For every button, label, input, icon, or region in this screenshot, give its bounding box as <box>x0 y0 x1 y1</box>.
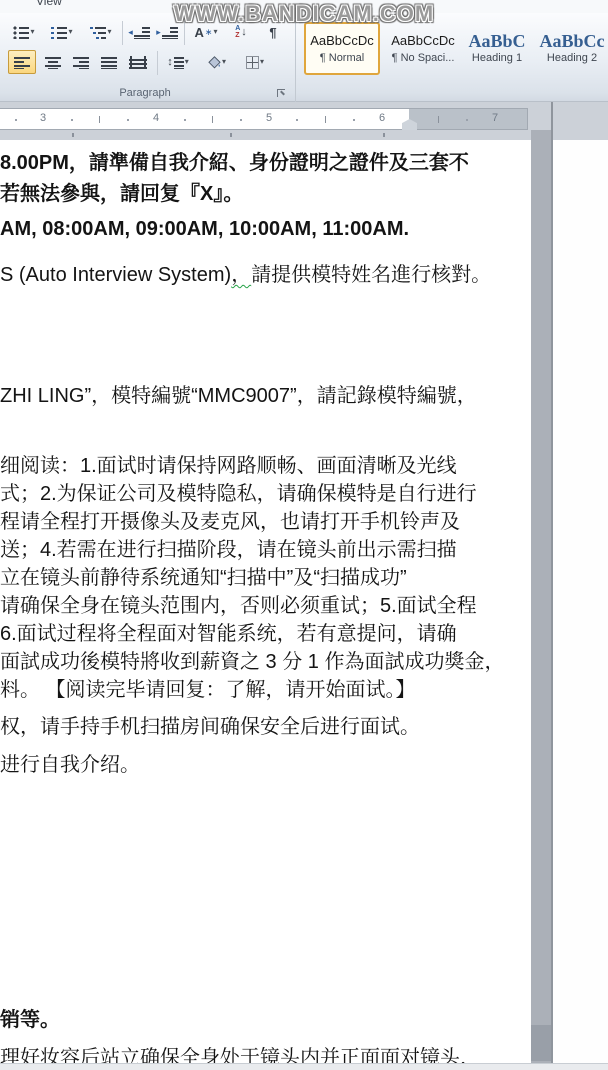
chevron-down-icon[interactable]: ▾ <box>213 28 217 36</box>
bullet-list-icon <box>13 26 29 39</box>
chevron-down-icon[interactable]: ▾ <box>30 28 34 36</box>
ruler-dot <box>71 119 73 121</box>
chevron-down-icon[interactable]: ▾ <box>68 28 72 36</box>
ruler-under-tick <box>230 133 232 137</box>
ruler-number: 7 <box>492 112 498 124</box>
chevron-down-icon[interactable]: ▾ <box>260 58 264 66</box>
ruler-margin-area <box>409 109 527 129</box>
ruler-dot <box>353 119 355 121</box>
ruler-zone: 3 4 5 6 7 <box>0 102 608 140</box>
doc-line: 式；2.为保证公司及模特隐私，请确保模特是自行进行 <box>0 477 477 506</box>
align-left-icon <box>14 56 30 69</box>
ruler-half-tick <box>212 116 213 123</box>
separator <box>157 51 158 75</box>
doc-line: 细阅读：1.面试时请保持网路顺畅、画面清晰及光线 <box>0 449 457 478</box>
justify-button[interactable] <box>95 50 122 74</box>
chevron-down-icon[interactable]: ▾ <box>107 28 111 36</box>
style-label: ¶ Normal <box>320 52 364 64</box>
sparkle-icon: ∗ <box>205 28 213 37</box>
distribute-icon <box>129 56 147 69</box>
indent-left-arrow-icon: ◂ <box>128 28 133 37</box>
doc-line: 立在镜头前静待系统通知“扫描中”及“扫描成功” <box>0 561 407 590</box>
distribute-button[interactable] <box>123 50 153 74</box>
ruler-half-tick <box>99 116 100 123</box>
ruler-dot <box>184 119 186 121</box>
multilevel-list-icon <box>90 26 106 39</box>
justify-icon <box>101 56 117 69</box>
ais-text-pre: S (Auto Interview System) <box>0 264 231 286</box>
align-right-icon <box>73 56 89 69</box>
ruler-number: 6 <box>379 112 385 124</box>
shading-button[interactable]: ▾ <box>199 50 235 74</box>
doc-line: 权，请手持手机扫描房间确保安全后进行面试。 <box>0 710 420 739</box>
line-spacing-icon <box>174 56 184 69</box>
ruler-dot <box>15 119 17 121</box>
vertical-scrollbar[interactable] <box>531 130 551 1063</box>
doc-line: 程请全程打开摄像头及麦克风，也请打开手机铃声及 <box>0 505 460 534</box>
doc-line: 8.00PM，請準備自我介紹、身份證明之證件及三套不 <box>0 146 469 175</box>
style-heading-1[interactable]: AaBbC Heading 1 <box>464 22 530 75</box>
chevron-down-icon[interactable]: ▾ <box>222 58 226 66</box>
doc-line: 面試成功後模特將收到薪資之 3 分 1 作為面試成功獎金， <box>0 645 504 674</box>
chevron-down-icon[interactable]: ▾ <box>185 58 189 66</box>
ruler-half-tick <box>325 116 326 123</box>
paint-bucket-icon <box>208 56 221 69</box>
style-label: Heading 2 <box>547 52 597 64</box>
borders-grid-icon <box>246 56 259 69</box>
bullets-button[interactable]: ▾ <box>8 20 40 44</box>
sort-az-icon: A Z <box>235 25 240 39</box>
ruler-dot <box>466 119 468 121</box>
align-center-icon <box>45 56 61 69</box>
style-preview-text: AaBbCcDc <box>391 34 455 48</box>
doc-line: 送；4.若需在进行扫描阶段，请在镜头前出示需扫描 <box>0 533 457 562</box>
bandicam-watermark: WWW.BANDICAM.COM <box>174 1 434 27</box>
asian-layout-icon: A <box>195 26 204 39</box>
style-heading-2[interactable]: AaBbCc Heading 2 <box>534 22 608 75</box>
separator <box>122 21 123 45</box>
style-normal[interactable]: AaBbCcDc ¶ Normal <box>304 22 380 75</box>
document-page[interactable]: 8.00PM，請準備自我介紹、身份證明之證件及三套不 若無法參與，請回复『X』。… <box>0 140 531 1063</box>
increase-indent-icon <box>162 26 178 39</box>
word-window: View ▾ ▾ ▾ ◂ ▸ A ∗ ▾ <box>0 0 608 1070</box>
ruler-under-tick <box>383 133 385 137</box>
style-label: Heading 1 <box>472 52 522 64</box>
align-center-button[interactable] <box>39 50 66 74</box>
style-preview-text: AaBbCc <box>539 34 604 48</box>
background-area <box>553 140 608 1063</box>
align-left-button[interactable] <box>8 50 36 74</box>
doc-line: 6.面试过程将全程面对智能系统，若有意提问，请确 <box>0 617 457 646</box>
group-divider <box>295 19 296 107</box>
decrease-indent-button[interactable]: ◂ <box>126 20 152 44</box>
doc-line: 进行自我介绍。 <box>0 748 140 777</box>
doc-line: AM, 08:00AM, 09:00AM, 10:00AM, 11:00AM. <box>0 218 409 241</box>
doc-line-ais: S (Auto Interview System)，請提供模特姓名進行核對。 <box>0 258 491 287</box>
pilcrow-icon: ¶ <box>269 26 276 39</box>
style-preview-text: AaBbC <box>468 34 525 48</box>
ruler-number: 5 <box>266 112 272 124</box>
numbering-button[interactable]: ▾ <box>46 20 78 44</box>
doc-line: 请确保全身在镜头范围内，否则必须重试；5.面试全程 <box>0 589 477 618</box>
tab-view[interactable]: View <box>36 0 62 8</box>
multilevel-list-button[interactable]: ▾ <box>84 20 118 44</box>
bottom-bar <box>0 1063 608 1070</box>
scrollbar-thumb[interactable] <box>531 1025 551 1061</box>
style-preview-text: AaBbCcDc <box>310 34 374 48</box>
down-arrow-icon: ↓ <box>241 26 247 38</box>
doc-line: 理好妆容后站立确保全身处于镜头内并正面面对镜头， <box>0 1041 480 1063</box>
doc-line: 料。 【阅读完毕请回复：了解，请开始面试。】 <box>0 673 416 702</box>
align-right-button[interactable] <box>67 50 94 74</box>
style-label: ¶ No Spaci... <box>392 52 455 64</box>
style-no-spacing[interactable]: AaBbCcDc ¶ No Spaci... <box>386 22 460 75</box>
decrease-indent-icon <box>134 26 150 39</box>
ruler-dot <box>296 119 298 121</box>
numbered-list-icon <box>51 26 67 39</box>
spellcheck-squiggle: ， <box>231 264 251 286</box>
borders-button[interactable]: ▾ <box>238 50 272 74</box>
ruler-under-tick <box>72 133 74 137</box>
horizontal-ruler[interactable]: 3 4 5 6 7 <box>0 108 528 130</box>
ruler-dot <box>240 119 242 121</box>
ruler-number: 3 <box>40 112 46 124</box>
doc-line: 若無法參與，請回复『X』。 <box>0 177 243 206</box>
line-spacing-button[interactable]: ↕ ▾ <box>161 50 195 74</box>
paragraph-group-label: Paragraph <box>0 87 290 99</box>
ruler-half-tick <box>438 116 439 123</box>
doc-line: 销等。 <box>0 1003 60 1032</box>
indent-right-arrow-icon: ▸ <box>156 28 161 37</box>
ruler-number: 4 <box>153 112 159 124</box>
ais-text-post: 請提供模特姓名進行核對。 <box>251 264 491 286</box>
dialog-launcher-icon[interactable] <box>277 89 285 97</box>
doc-line: ZHI LING”，模特編號“MMC9007”，請記錄模特編號， <box>0 379 477 408</box>
updown-arrow-icon: ↕ <box>167 56 173 68</box>
ruler-dot <box>127 119 129 121</box>
